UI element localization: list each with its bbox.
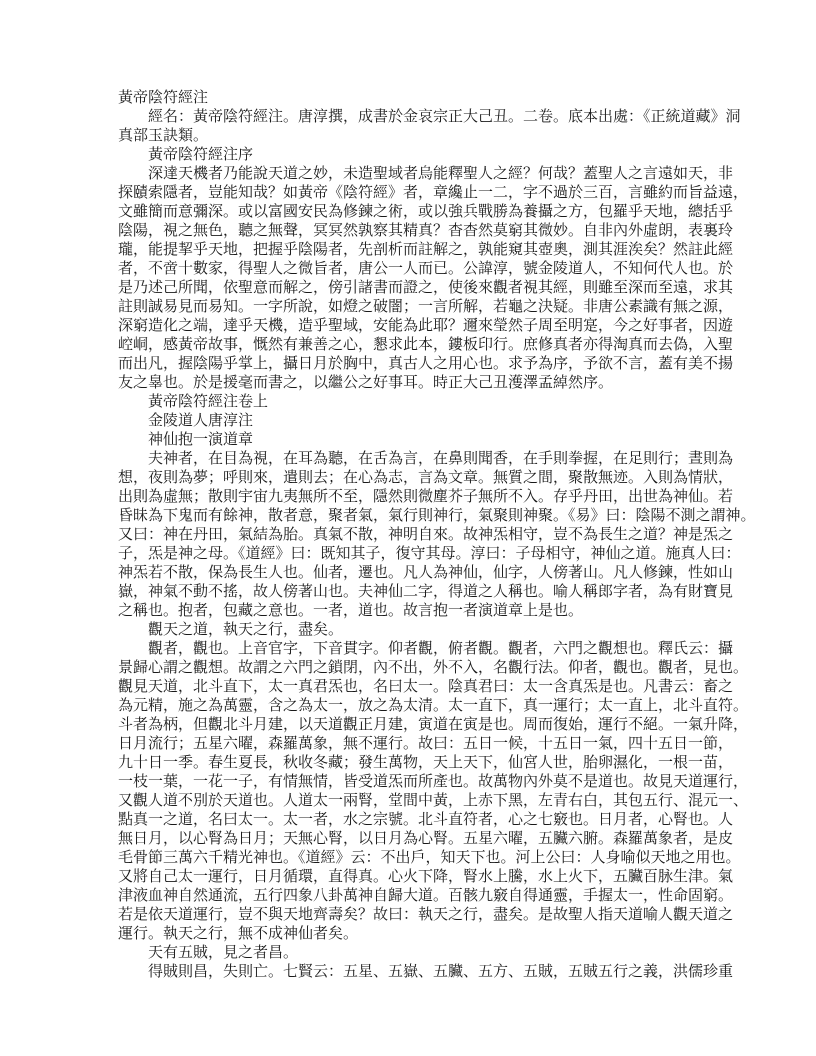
paragraph-line: 註則誠易見而易知。一字所說，如燈之破闇；一言所解，若龜之決疑。非唐公素識有無之源…: [118, 297, 706, 316]
paragraph-line: 一枝一葉，一花一子，有情無情，皆受道炁而所產也。故萬物內外莫不是道也。故見天道運…: [118, 772, 706, 791]
paragraph-line: 點真一之道，名曰太一。太一者，水之宗號。北斗直符者，心之七竅也。日月者，心腎也。…: [118, 810, 706, 829]
paragraph-line: 毛骨節三萬六千精光神也。《道經》云：不出戶，知天下也。河上公曰：人身喻似天地之用…: [118, 848, 706, 867]
paragraph-line: 日月流行；五星六曜，森羅萬象，無不運行。故曰：五日一候，十五日一氣，四十五日一節…: [118, 734, 706, 753]
paragraph-line: 崆峒，感黃帝故事，慨然有兼善之心，懇求此本，鏤板印行。庶修真者亦得淘真而去偽，入…: [118, 335, 706, 354]
paragraph-line-start: 經名：黃帝陰符經注。唐淳撰，成書於金哀宗正大己丑。二卷。底本出處：《正統道藏》洞: [118, 107, 706, 126]
paragraph-line-start: 深達天機者乃能說天道之妙，未造聖域者烏能釋聖人之經？何哉？蓋聖人之言遠如天，非: [118, 164, 706, 183]
paragraph-line: 友之辠也。於是援毫而書之，以繼公之好事耳。時正大己丑濩澤孟綽然序。: [118, 373, 708, 392]
paragraph-line: 是乃述己所聞，依聖意而解之，傍引諸書而證之，使後來觀者視其經，則雖至深而至遠，求…: [118, 278, 706, 297]
paragraph-line-start: 黃帝陰符經注序: [118, 145, 708, 164]
paragraph-line: 者，不啻十數家，得聖人之微旨者，唐公一人而已。公諱淳，號金陵道人，不知何代人也。…: [118, 259, 706, 278]
paragraph-line: 深窮造化之端，達乎天機，造乎聖域，安能為此耶？邇來瑩然子周至明寔，今之好事者，因…: [118, 316, 706, 335]
paragraph-line: 出則為虛無；散則宇宙九夷無所不至，隱然則微塵芥子無所不入。存乎丹田，出世為神仙。…: [118, 487, 706, 506]
paragraph-line: 探賾索隱者，豈能知哉？如黃帝《陰符經》者，章纔止一二，字不過於三百，言雖約而旨益…: [118, 183, 706, 202]
paragraph-line-start: 天有五賊，見之者昌。: [118, 943, 708, 962]
paragraph-line: 又觀人道不別於天道也。人道太一兩腎，堂間中黃，上赤下黑，左青右白，其包五行、混元…: [118, 791, 706, 810]
paragraph-line: 瓏，能提挈乎天地，把握乎陰陽者，先剖析而註解之，孰能窺其壺奧，測其涯涘矣？然註此…: [118, 240, 706, 259]
paragraph-line-start: 觀者，觀也。上音官字，下音貫字。仰者觀，俯者觀。觀者，六門之觀想也。釋氏云：攝: [118, 639, 706, 658]
paragraph-line: 景歸心謂之觀想。故謂之六門之鎖閉，內不出，外不入，名觀行法。仰者，觀也。觀者，見…: [118, 658, 706, 677]
paragraph-line: 黃帝陰符經注: [118, 88, 708, 107]
paragraph-line: 運行。執天之行，無不成神仙者矣。: [118, 924, 708, 943]
paragraph-line: 真部玉訣類。: [118, 126, 708, 145]
paragraph-line: 觀見天道，北斗直下，太一真君炁也，名曰太一。陰真君曰：太一含真炁是也。凡書云：畜…: [118, 677, 706, 696]
paragraph-line: 昏昧為下鬼而有餘神，散者意，聚者氣，氣行則神行，氣聚則神聚。《易》曰：陰陽不測之…: [118, 506, 706, 525]
paragraph-line: 又將自己太一運行，日月循環，直得真。心火下降，腎水上騰，水上火下，五臟百脉生津。…: [118, 867, 706, 886]
paragraph-line: 無日月，以心腎為日月；天無心腎，以日月為心腎。五星六曜，五臟六腑。森羅萬象者，是…: [118, 829, 706, 848]
paragraph-line-start: 觀天之道，執天之行，盡矣。: [118, 620, 708, 639]
document-page: 黃帝陰符經注經名：黃帝陰符經注。唐淳撰，成書於金哀宗正大己丑。二卷。底本出處：《…: [118, 88, 708, 981]
paragraph-line: 斗者為柄，但觀北斗月建，以天道觀正月建，寅道在寅是也。周而復始，運行不絕。一氣升…: [118, 715, 706, 734]
paragraph-line-start: 夫神者，在目為視，在耳為聽，在舌為言，在鼻則聞香，在手則拳握，在足則行；晝則為: [118, 449, 706, 468]
paragraph-line: 文雖簡而意彌深。或以富國安民為修鍊之術，或以強兵戰勝為養攝之方，包羅乎天地，總括…: [118, 202, 706, 221]
paragraph-line: 之稱也。抱者，包藏之意也。一者，道也。故言抱一者演道章上是也。: [118, 601, 708, 620]
paragraph-line-start: 金陵道人唐淳注: [118, 411, 708, 430]
paragraph-line: 若是依天道運行，豈不與天地齊壽矣？故曰：執天之行，盡矣。是故聖人指天道喻人觀天道…: [118, 905, 706, 924]
paragraph-line: 子，炁是神之母。《道經》曰：既知其子，復守其母。淳曰：子母相守，神仙之道。施真人…: [118, 544, 706, 563]
paragraph-line: 神炁若不散，保為長生人也。仙者，遷也。凡人為神仙，仙字，人傍著山。凡人修鍊，性如…: [118, 563, 706, 582]
paragraph-line: 嶽，神氣不動不搖，故人傍著山也。夫神仙二字，得道之人稱也。喻人稱郎字者，為有財寶…: [118, 582, 706, 601]
paragraph-line: 想，夜則為夢；呼則來，遣則去；在心為志，言為文章。無質之間，聚散無迹。入則為情狀…: [118, 468, 706, 487]
paragraph-line: 又曰：神在丹田，氣結為胎。真氣不散，神明自來。故神炁相守，豈不為長生之道？神是炁…: [118, 525, 706, 544]
paragraph-line: 為元精，施之為萬靈，含之為太一，放之為太清。太一直下，真一運行；太一直上，北斗直…: [118, 696, 706, 715]
paragraph-line: 陰陽，視之無色，聽之無聲，冥冥然孰察其精真？杳杳然莫窮其微妙。自非內外虛朗，表裏…: [118, 221, 706, 240]
paragraph-line: 九十日一季。春生夏長，秋收冬藏；發生萬物，天上天下，仙宮人世，胎卵濕化，一根一苗…: [118, 753, 706, 772]
paragraph-line-start: 黃帝陰符經注卷上: [118, 392, 708, 411]
paragraph-line: 津液血神自然通流，五行四象八卦萬神自歸大道。百骸九竅自得通靈，手握太一，性命固窮…: [118, 886, 706, 905]
paragraph-line: 而出凡，握陰陽乎掌上，攝日月於胸中，真古人之用心也。求予為序，予欲不言，蓋有美不…: [118, 354, 706, 373]
paragraph-line-start: 得賊則昌，失則亡。七賢云：五星、五嶽、五臟、五方、五賊，五賊五行之義，洪儒珍重: [118, 962, 706, 981]
paragraph-line-start: 神仙抱一演道章: [118, 430, 708, 449]
